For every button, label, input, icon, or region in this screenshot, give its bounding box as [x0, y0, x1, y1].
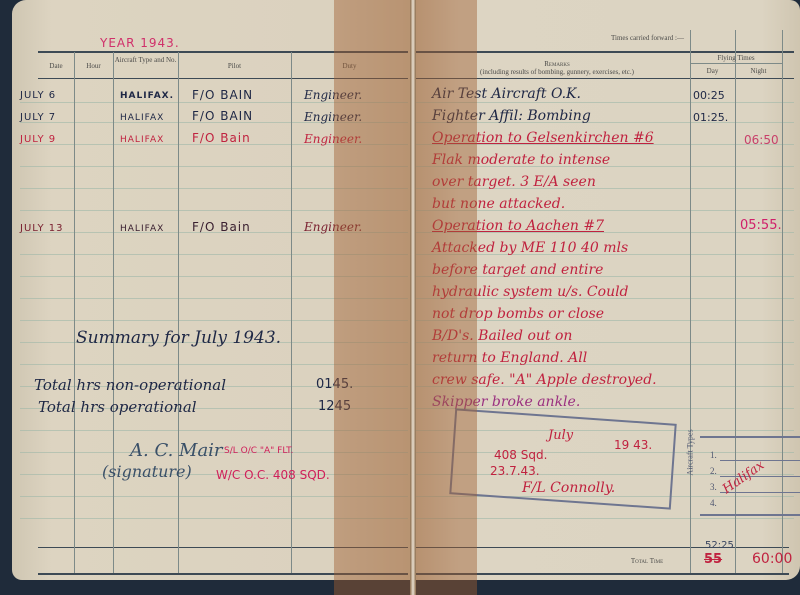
signature-role: W/C O.C. 408 SQD. [216, 468, 330, 482]
year-heading: YEAR 1943. [100, 36, 180, 50]
entry-pilot: F/O BAIN [192, 109, 253, 123]
header-date: Date [38, 62, 74, 71]
entry-night-time: 06:50 [744, 133, 779, 147]
entry-pilot: F/O Bain [192, 131, 251, 145]
entry-date: JULY 7 [20, 112, 56, 123]
summary-nonop-label: Total hrs non-operational [34, 376, 226, 394]
stamp-year: 19 43. [614, 438, 652, 452]
total-time-label: Total Time [612, 557, 682, 566]
signature-role: S/L O/C "A" FLT. [224, 446, 293, 456]
entry-aircraft: HALIFAX [120, 224, 164, 234]
total-night: 60:00 [752, 551, 792, 567]
stamp-unit: 408 Sqd. [494, 448, 547, 462]
repair-tape [412, 0, 477, 595]
signature-flight-commander: A. C. Mair [130, 440, 223, 461]
stamp-date: 23.7.43. [490, 464, 540, 478]
header-day: Day [690, 67, 735, 76]
summary-op-label: Total hrs operational [38, 398, 197, 416]
type-number: 4. [710, 498, 717, 508]
stamp-month: July [548, 428, 573, 443]
header-aircraft: Aircraft Type and No. [113, 56, 178, 65]
repair-tape [334, 0, 412, 595]
entry-date: JULY 6 [20, 90, 56, 101]
header-flying-times: Flying Times [690, 54, 782, 63]
total-day-corrected: 52:25 [705, 540, 734, 551]
entry-day-time: 00:25 [693, 89, 725, 102]
summary-title: Summary for July 1943. [76, 328, 281, 348]
aircraft-types-label: Aircraft Types [686, 429, 695, 475]
entry-day-time: 01:25. [693, 111, 728, 124]
entry-aircraft: HALIFAX [120, 113, 164, 123]
type-number: 2. [710, 466, 717, 476]
entry-pilot: F/O Bain [192, 220, 251, 234]
header-pilot: Pilot [178, 62, 291, 71]
book-spine [410, 0, 416, 595]
entry-aircraft: HALIFAX. [120, 91, 174, 101]
stamp-signature: F/L Connolly. [522, 480, 615, 496]
total-day-struck: 55 [704, 552, 722, 567]
type-number: 1. [710, 450, 717, 460]
entry-pilot: F/O BAIN [192, 88, 253, 102]
entry-aircraft: HALIFAX [120, 135, 164, 145]
header-hour: Hour [74, 62, 113, 71]
entry-night-time: 05:55. [740, 218, 782, 233]
entry-date: JULY 13 [20, 223, 64, 234]
type-number: 3. [710, 482, 717, 492]
header-night: Night [735, 67, 782, 76]
entry-date: JULY 9 [20, 134, 56, 145]
signature-squadron-commander: (signature) [102, 462, 192, 481]
logbook: Date Hour Aircraft Type and No. Pilot Du… [12, 0, 800, 595]
